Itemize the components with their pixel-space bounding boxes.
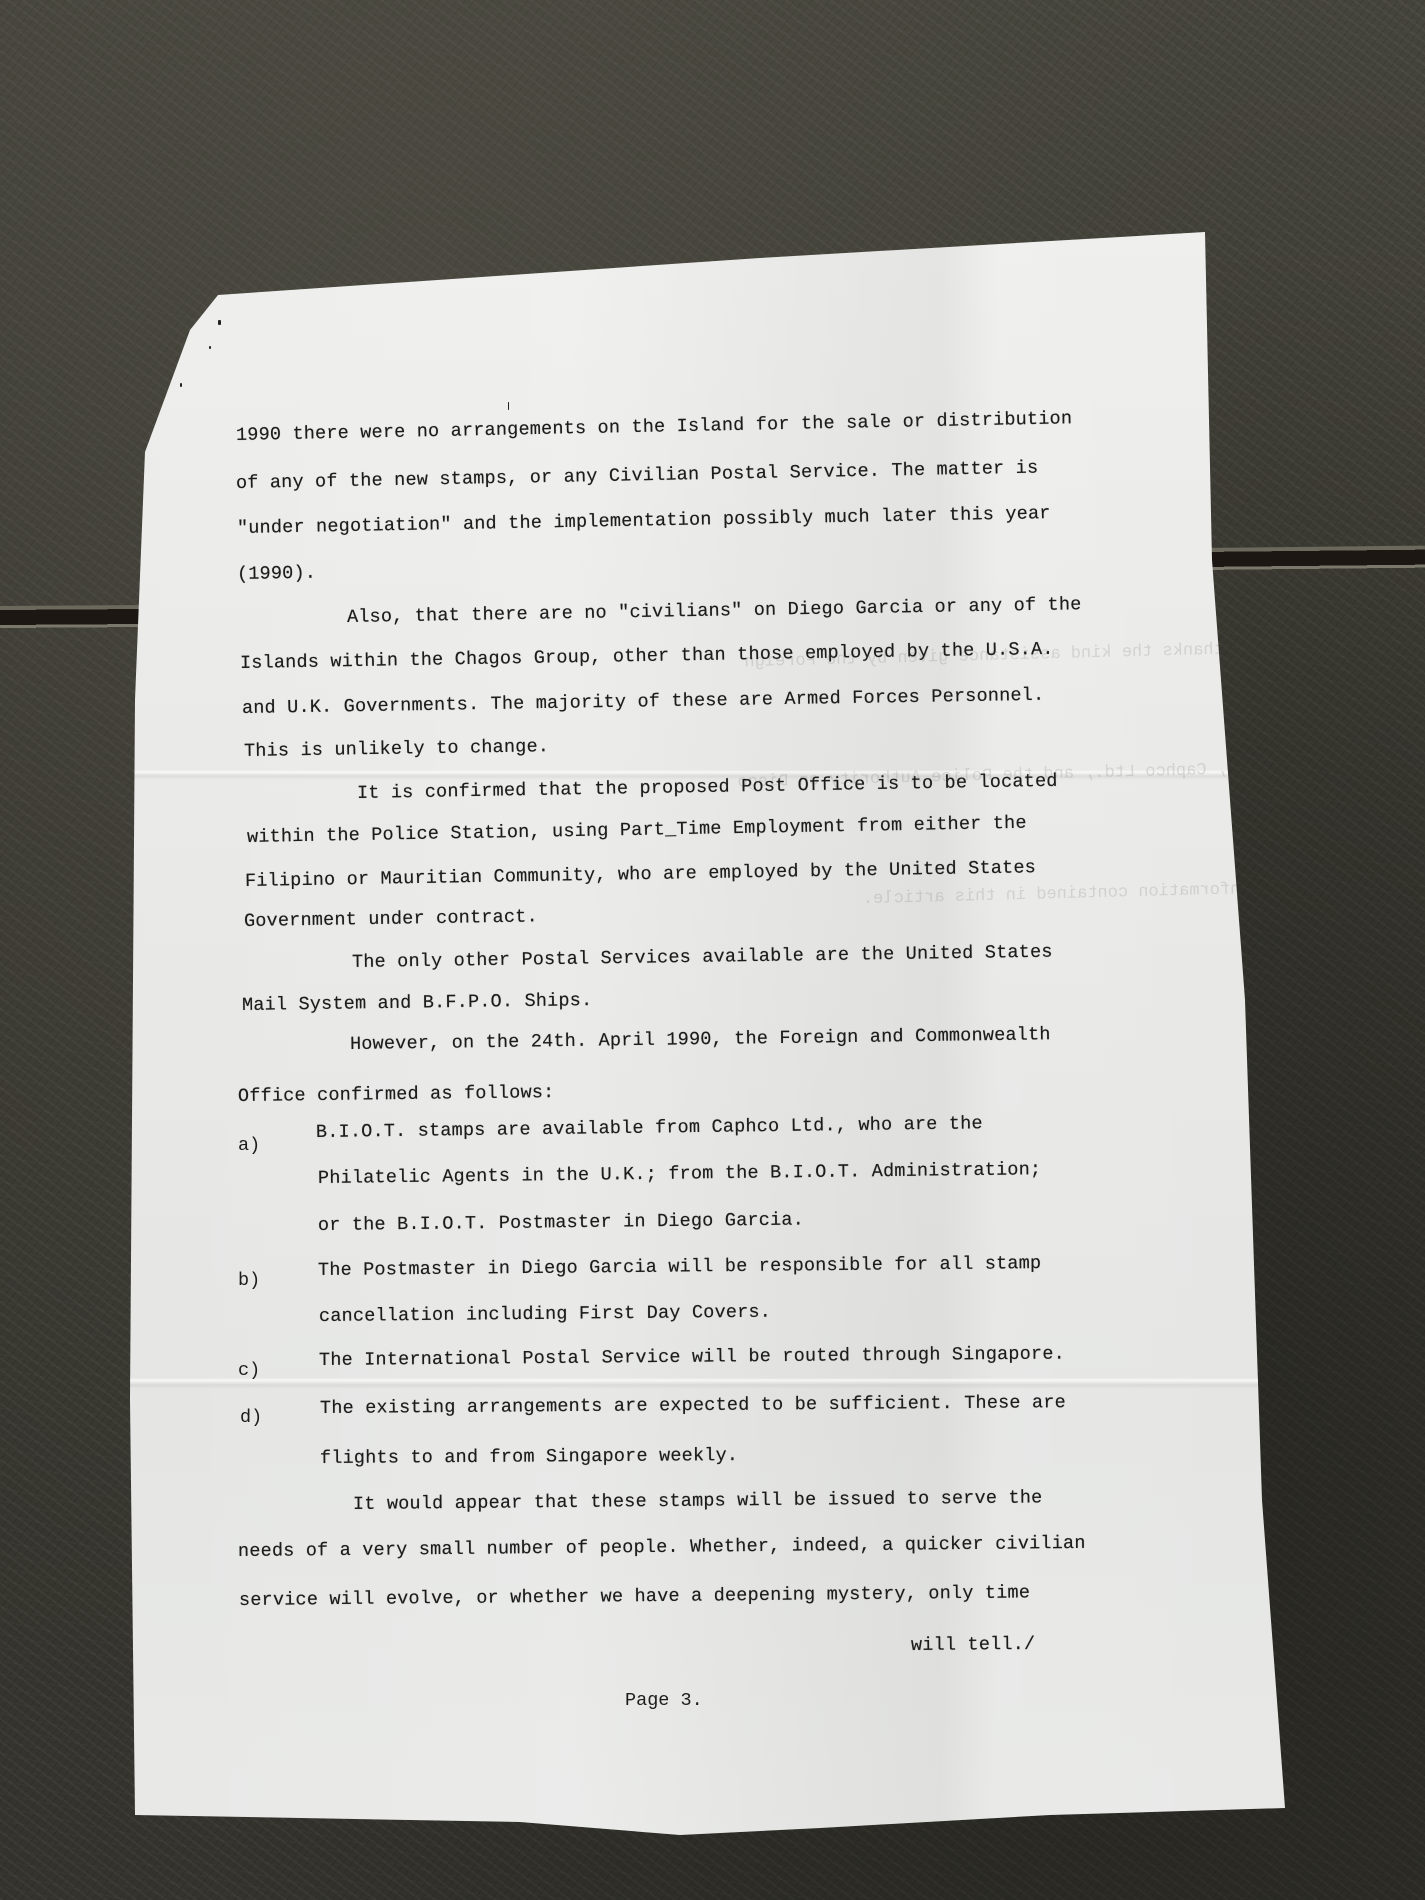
list-item-text: The International Postal Service will be…	[319, 1343, 1065, 1371]
page-number: Page 3.	[625, 1690, 703, 1711]
list-item-text: Philatelic Agents in the U.K.; from the …	[318, 1159, 1042, 1189]
closing-tail: will tell./	[911, 1634, 1036, 1656]
text-line: service will evolve, or whether we have …	[239, 1582, 1030, 1611]
text-line: Mail System and B.F.P.O. Ships.	[242, 990, 593, 1016]
text-line: It would appear that these stamps will b…	[353, 1487, 1043, 1515]
list-marker: c)	[238, 1360, 260, 1381]
list-marker: b)	[238, 1270, 260, 1291]
text-line: and U.K. Governments. The majority of th…	[242, 685, 1045, 719]
text-line: 1990 there were no arrangements on the I…	[236, 408, 1073, 446]
list-item-text: The existing arrangements are expected t…	[320, 1392, 1066, 1419]
text-line: The only other Postal Services available…	[352, 942, 1053, 973]
text-line: Islands within the Chagos Group, other t…	[240, 639, 1054, 674]
list-marker: a)	[238, 1135, 260, 1156]
list-item-text: flights to and from Singapore weekly.	[320, 1445, 738, 1469]
text-line: needs of a very small number of people. …	[238, 1533, 1086, 1562]
text-line: This is unlikely to change.	[244, 736, 549, 762]
text-line: "under negotiation" and the implementati…	[237, 503, 1051, 539]
text-line: Filipino or Mauritian Community, who are…	[245, 857, 1036, 892]
list-marker: d)	[240, 1407, 262, 1428]
list-item-text: or the B.I.O.T. Postmaster in Diego Garc…	[318, 1209, 804, 1236]
text-line: Office confirmed as follows:	[238, 1082, 555, 1107]
text-line: However, on the 24th. April 1990, the Fo…	[350, 1024, 1051, 1055]
text-line: Also, that there are no "civilians" on D…	[347, 594, 1082, 628]
list-item-text: The Postmaster in Diego Garcia will be r…	[318, 1253, 1041, 1281]
text-line: of any of the new stamps, or any Civilia…	[236, 458, 1039, 494]
list-item-text: B.I.O.T. stamps are available from Caphc…	[316, 1113, 983, 1143]
list-item-text: cancellation including First Day Covers.	[319, 1302, 771, 1327]
text-line: (1990).	[237, 563, 316, 585]
document-body: 1990 there were no arrangements on the I…	[0, 0, 1425, 1900]
text-line: Government under contract.	[244, 906, 538, 932]
text-line: within the Police Station, using Part_Ti…	[247, 813, 1027, 848]
text-line: It is confirmed that the proposed Post O…	[357, 771, 1058, 804]
